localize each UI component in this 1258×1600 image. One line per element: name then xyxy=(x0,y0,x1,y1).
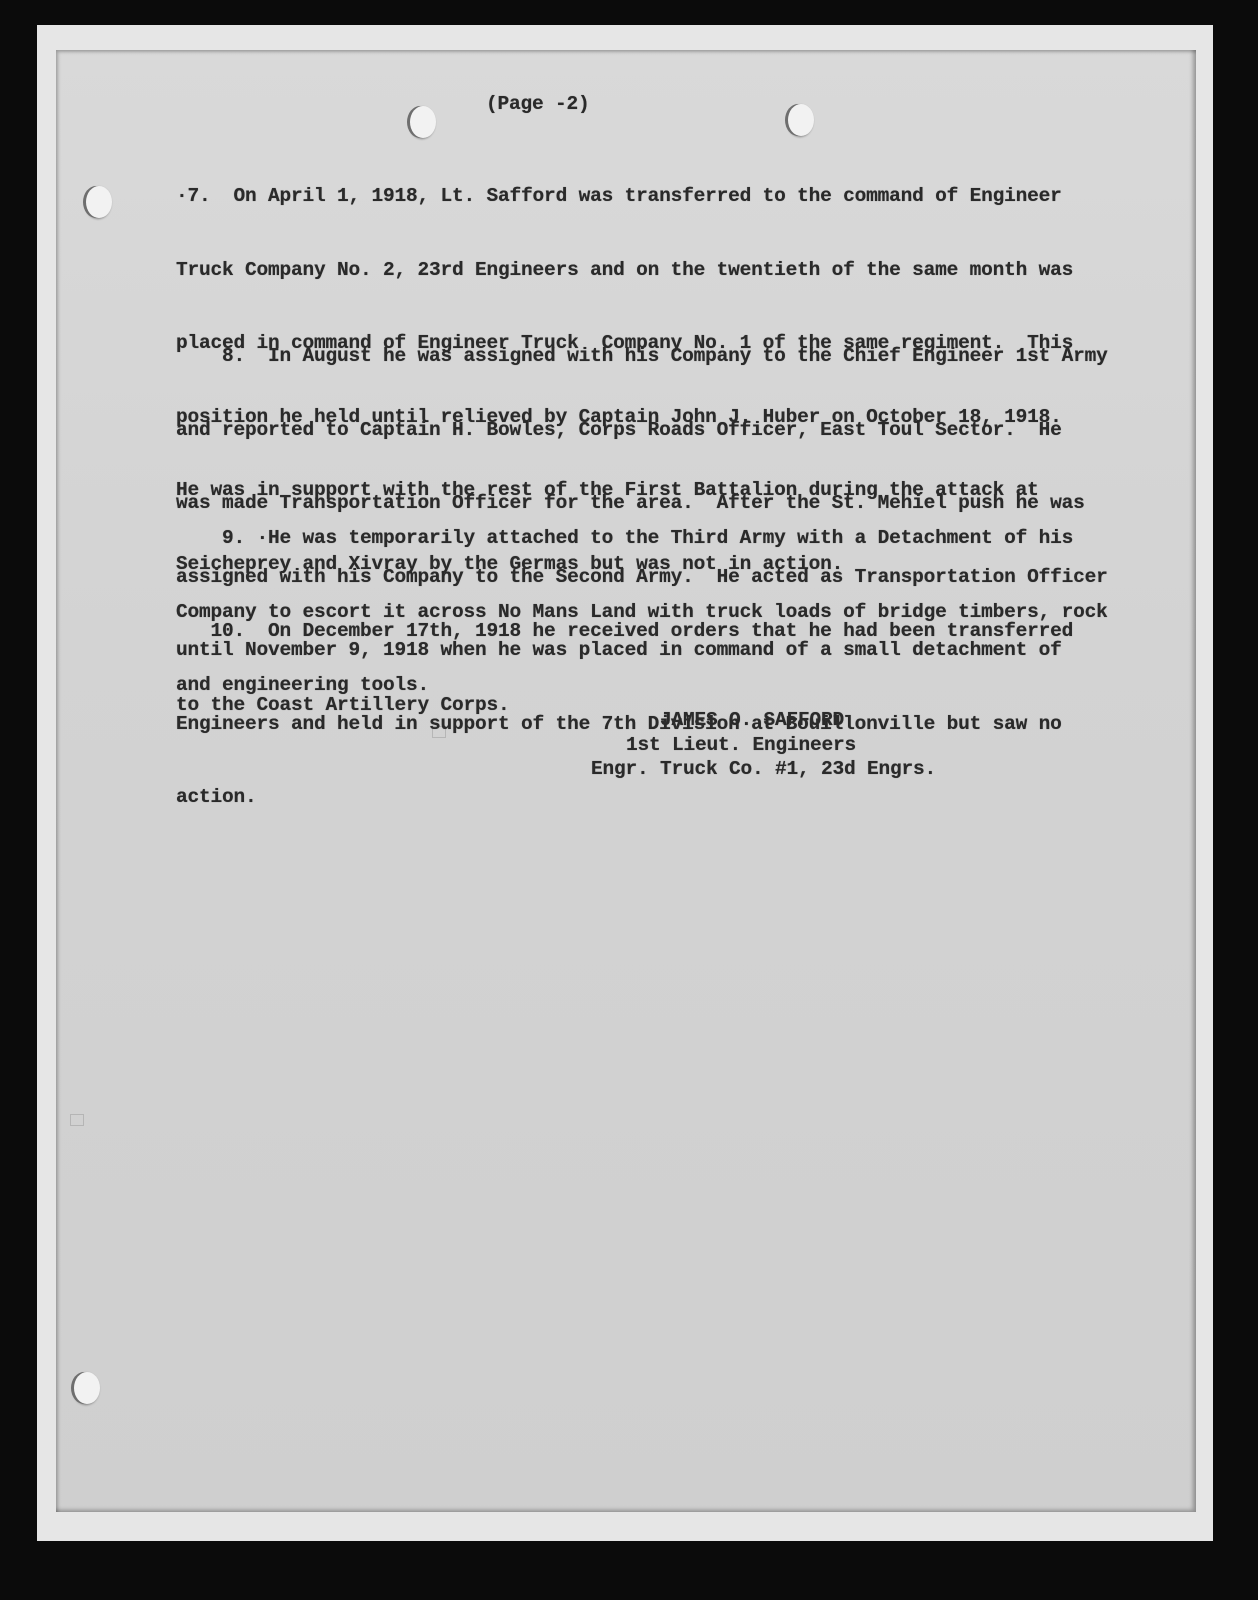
page-header: (Page -2) xyxy=(486,92,590,117)
signature-rank: 1st Lieut. Engineers xyxy=(626,733,856,758)
signature-name: JAMES O. SAFFORD xyxy=(660,708,844,733)
line: ·7. On April 1, 1918, Lt. Safford was tr… xyxy=(176,184,1073,209)
paragraph-10: 10. On December 17th, 1918 he received o… xyxy=(176,570,1073,742)
punch-hole xyxy=(86,186,112,218)
line: action. xyxy=(176,785,1108,810)
line: 8. In August he was assigned with his Co… xyxy=(176,344,1108,369)
punch-hole xyxy=(410,106,436,138)
line: Truck Company No. 2, 23rd Engineers and … xyxy=(176,258,1073,283)
line: 10. On December 17th, 1918 he received o… xyxy=(176,619,1073,644)
punch-hole xyxy=(788,104,814,136)
line: to the Coast Artillery Corps. xyxy=(176,693,1073,718)
line: and reported to Captain H. Bowles, Corps… xyxy=(176,418,1108,443)
signature-unit: Engr. Truck Co. #1, 23d Engrs. xyxy=(591,757,936,782)
scan-artifact xyxy=(70,1114,84,1126)
line: 9. ·He was temporarily attached to the T… xyxy=(176,526,1108,551)
punch-hole xyxy=(74,1372,100,1404)
